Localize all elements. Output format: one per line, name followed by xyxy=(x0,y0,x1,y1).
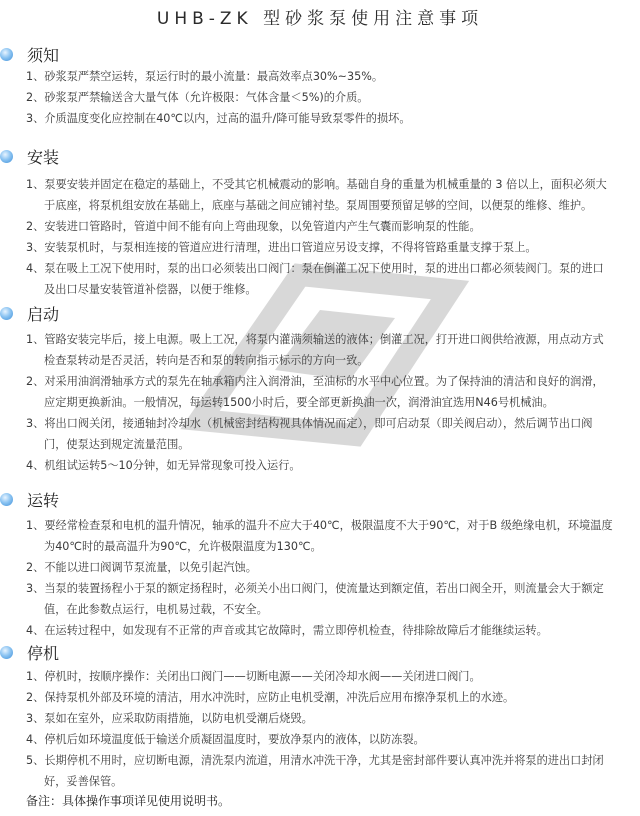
section-operation: 运转 1、要经常检查泵和电机的温升情况，轴承的温升不应大于40℃，极限温度不大于… xyxy=(0,487,640,641)
list-item: 3、当泵的装置扬程小于泵的额定扬程时，必须关小出口阀门，使流量达到额定值，若出口… xyxy=(0,578,640,620)
list-item: 2、安装进口管路时，管道中间不能有向上弯曲现象，以免管道内产生气囊而影响泵的性能… xyxy=(0,216,640,237)
list-item: 3、泵如在室外，应采取防雨措施，以防电机受潮后烧毁。 xyxy=(0,708,640,729)
footnote: 备注：具体操作事项详见使用说明书。 xyxy=(26,792,230,809)
section-heading: 安装 xyxy=(27,145,59,168)
section-startup: 启动 1、管路安装完毕后，接上电源。吸上工况，将泵内灌满须输送的液体；倒灌工况，… xyxy=(0,301,640,476)
list-item: 1、砂浆泵严禁空运转，泵运行时的最小流量：最高效率点30%~35%。 xyxy=(0,66,640,87)
list-item: 3、安装泵机时，与泵相连接的管道应进行清理，进出口管道应另设支撑，不得将管路重量… xyxy=(0,237,640,258)
section-heading: 停机 xyxy=(27,641,59,664)
list-item: 2、砂浆泵严禁输送含大量气体（允许极限：气体含量＜5%)的介质。 xyxy=(0,87,640,108)
list-item: 2、保持泵机外部及环境的清洁，用水冲洗时，应防止电机受潮，冲洗后应用布擦净泵机上… xyxy=(0,687,640,708)
list-item: 1、泵要安装并固定在稳定的基础上，不受其它机械震动的影响。基础自身的重量为机械重… xyxy=(0,174,640,216)
list-item: 3、介质温度变化应控制在40℃以内，过高的温升/降可能导致泵零件的损坏。 xyxy=(0,108,640,129)
document-title: UHB-ZK 型砂浆泵使用注意事项 xyxy=(0,4,640,29)
bullet-icon xyxy=(0,48,13,61)
section-heading: 须知 xyxy=(27,43,59,66)
list-item: 4、泵在吸上工况下使用时，泵的出口必须装出口阀门：泵在倒灌工况下使用时，泵的进出… xyxy=(0,258,640,300)
list-item: 4、机组试运转5～10分钟，如无异常现象可投入运行。 xyxy=(0,455,640,476)
section-heading: 启动 xyxy=(27,302,59,325)
bullet-icon xyxy=(0,493,13,506)
bullet-icon xyxy=(0,150,13,163)
bullet-icon xyxy=(0,307,13,320)
list-item: 2、不能以进口阀调节泵流量，以免引起汽蚀。 xyxy=(0,557,640,578)
section-heading: 运转 xyxy=(27,488,59,511)
bullet-icon xyxy=(0,646,13,659)
list-item: 2、对采用油润滑轴承方式的泵先在轴承箱内注入润滑油，至油标的水平中心位置。为了保… xyxy=(0,371,640,413)
list-item: 4、停机后如环境温度低于输送介质凝固温度时，要放净泵内的液体，以防冻裂。 xyxy=(0,729,640,750)
list-item: 3、将出口阀关闭，接通轴封冷却水（机械密封结构视具体情况而定），即可启动泵（即关… xyxy=(0,413,640,455)
list-item: 1、停机时，按顺序操作：关闭出口阀门——切断电源——关闭冷却水阀——关闭进口阀门… xyxy=(0,666,640,687)
list-item: 4、在运转过程中，如发现有不正常的声音或其它故障时，需立即停机检查，待排除故障后… xyxy=(0,620,640,641)
list-item: 1、管路安装完毕后，接上电源。吸上工况，将泵内灌满须输送的液体；倒灌工况，打开进… xyxy=(0,329,640,371)
section-shutdown: 停机 1、停机时，按顺序操作：关闭出口阀门——切断电源——关闭冷却水阀——关闭进… xyxy=(0,640,640,792)
list-item: 5、长期停机不用时，应切断电源，清洗泵内流道，用清水冲洗干净，尤其是密封部件要认… xyxy=(0,750,640,792)
section-notice: 须知 1、砂浆泵严禁空运转，泵运行时的最小流量：最高效率点30%~35%。 2、… xyxy=(0,42,640,129)
section-installation: 安装 1、泵要安装并固定在稳定的基础上，不受其它机械震动的影响。基础自身的重量为… xyxy=(0,144,640,300)
list-item: 1、要经常检查泵和电机的温升情况，轴承的温升不应大于40℃，极限温度不大于90℃… xyxy=(0,515,640,557)
